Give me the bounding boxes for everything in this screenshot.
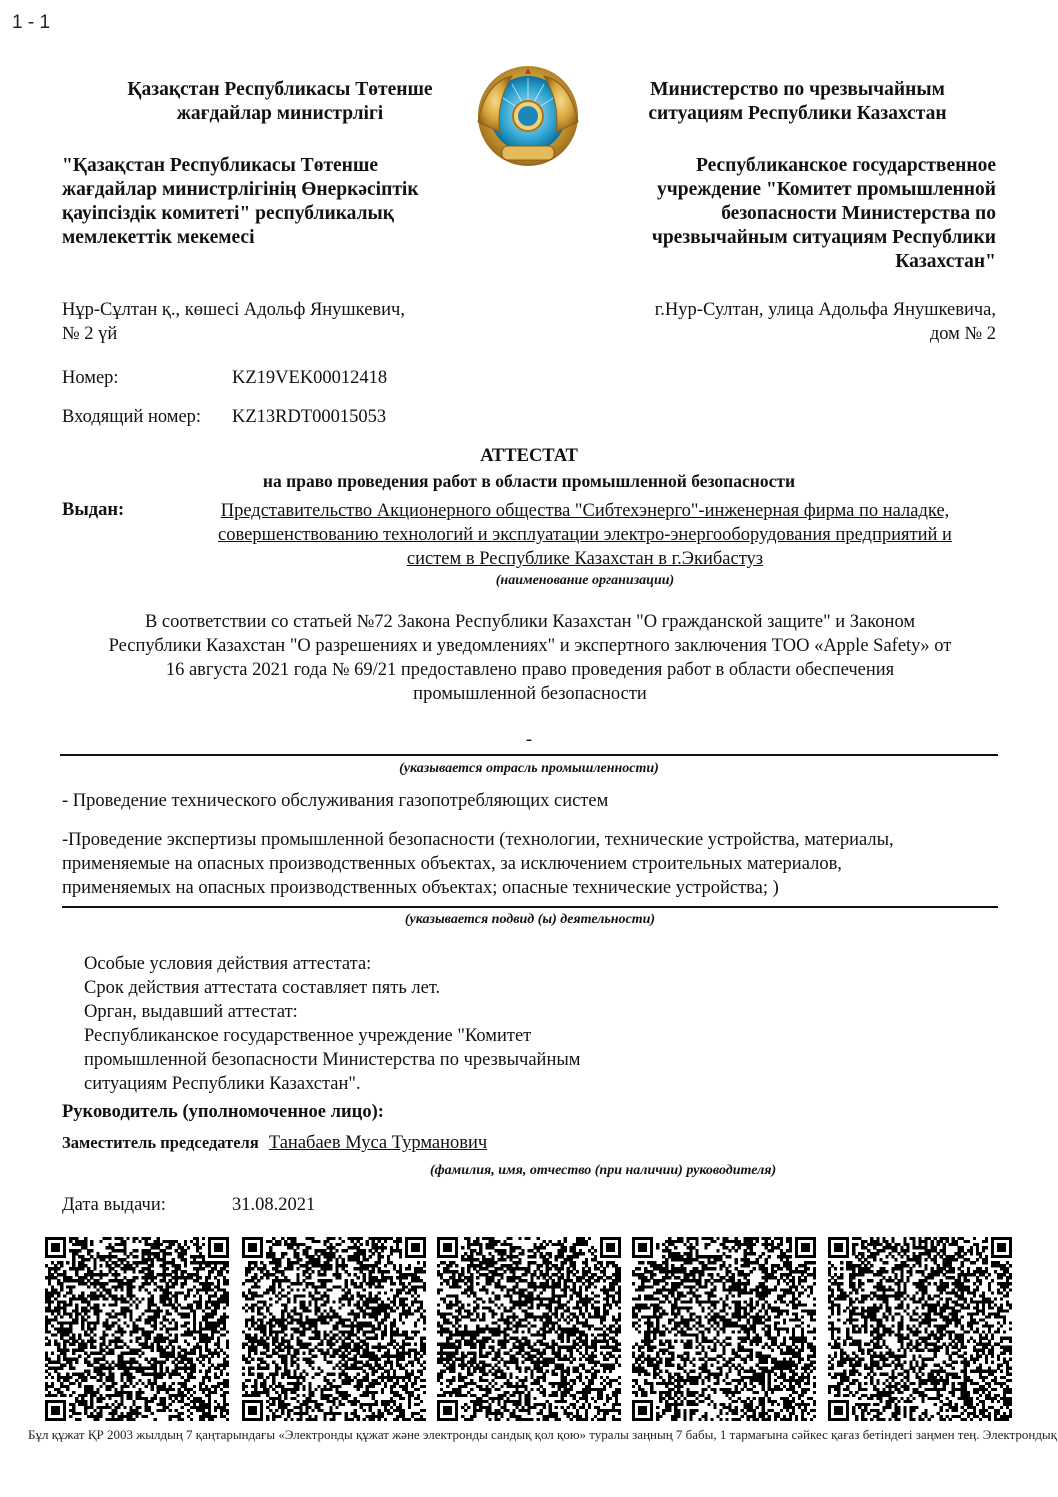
- activity-item: - Проведение технического обслуживания г…: [62, 789, 608, 813]
- legal-basis-line: В соответствии со статьей №72 Закона Рес…: [62, 610, 998, 634]
- activity-line: -Проведение экспертизы промышленной безо…: [62, 828, 1012, 852]
- head-label: Руководитель (уполномоченное лицо):: [62, 1102, 384, 1123]
- number-label: Номер:: [62, 368, 232, 389]
- legal-basis-text: В соответствии со статьей №72 Закона Рес…: [62, 610, 998, 706]
- head-position: Заместитель председателя: [62, 1133, 259, 1152]
- qr-code-2: [242, 1237, 426, 1423]
- legal-basis-line: промышленной безопасности: [62, 682, 998, 706]
- legal-basis-line: 16 августа 2021 года № 69/21 предоставле…: [62, 658, 998, 682]
- kz-committee-line: жағдайлар министрлігінің Өнеркәсіптік: [62, 178, 502, 202]
- industry-value: -: [0, 728, 1058, 752]
- page-indicator: 1 - 1: [12, 12, 50, 34]
- kz-address: Нұр-Сұлтан қ., көшесі Адольф Янушкевич, …: [62, 298, 502, 346]
- issued-organization-line: Представительство Акционерного общества …: [170, 499, 1000, 523]
- qr-code-5: [828, 1237, 1012, 1423]
- issued-organization: Представительство Акционерного общества …: [170, 499, 1000, 571]
- ru-ministry-name: Министерство по чрезвычайным ситуациям Р…: [600, 78, 995, 126]
- issued-organization-line: совершенствованию технологий и эксплуата…: [170, 523, 1000, 547]
- ru-committee-line: безопасности Министерства по: [600, 202, 996, 226]
- activity-line: применяемых на опасных производственных …: [62, 876, 1012, 900]
- condition-line: промышленной безопасности Министерства п…: [84, 1048, 704, 1072]
- head-name: Танабаев Муса Турманович: [269, 1133, 487, 1153]
- ru-ministry-line: ситуациям Республики Казахстан: [600, 102, 995, 126]
- kz-committee-line: "Қазақстан Республикасы Төтенше: [62, 154, 502, 178]
- condition-line: Срок действия аттестата составляет пять …: [84, 976, 704, 1000]
- qr-code-1: [45, 1237, 229, 1423]
- incoming-number-field: Входящий номер:KZ13RDT00015053: [62, 407, 386, 428]
- condition-line: Особые условия действия аттестата:: [84, 952, 704, 976]
- incoming-number-label: Входящий номер:: [62, 407, 232, 428]
- industry-hint: (указывается отрасль промышленности): [60, 761, 998, 777]
- ru-address-line: г.Нур-Султан, улица Адольфа Янушкевича,: [560, 298, 996, 322]
- document-subtitle: на право проведения работ в области пром…: [0, 471, 1058, 492]
- kz-ministry-line: Қазақстан Республикасы Төтенше: [60, 78, 500, 102]
- ru-committee-line: Казахстан": [600, 250, 996, 274]
- ru-ministry-line: Министерство по чрезвычайным: [600, 78, 995, 102]
- condition-line: ситуациям Республики Казахстан".: [84, 1072, 704, 1096]
- kz-address-line: № 2 үй: [62, 322, 502, 346]
- condition-line: Орган, выдавший аттестат:: [84, 1000, 704, 1024]
- condition-line: Республиканское государственное учрежден…: [84, 1024, 704, 1048]
- issued-organization-line: систем в Республике Казахстан в г.Экибас…: [170, 547, 1000, 571]
- activity-item: -Проведение экспертизы промышленной безо…: [62, 828, 1012, 900]
- number-value: KZ19VEK00012418: [232, 368, 387, 388]
- ru-committee-name: Республиканское государственное учрежден…: [600, 154, 996, 274]
- kz-committee-line: мемлекеттік мекемесі: [62, 226, 502, 250]
- ru-committee-line: чрезвычайным ситуациям Республики: [600, 226, 996, 250]
- issue-date-field: Дата выдачи:31.08.2021: [62, 1195, 315, 1216]
- kz-ministry-line: жағдайлар министрлігі: [60, 102, 500, 126]
- kz-committee-line: қауіпсіздік комитеті" республикалық: [62, 202, 502, 226]
- kz-address-line: Нұр-Сұлтан қ., көшесі Адольф Янушкевич,: [62, 298, 502, 322]
- ru-committee-line: Республиканское государственное: [600, 154, 996, 178]
- kz-committee-name: "Қазақстан Республикасы Төтенше жағдайла…: [62, 154, 502, 250]
- kz-ministry-name: Қазақстан Республикасы Төтенше жағдайлар…: [60, 78, 500, 126]
- issued-label: Выдан:: [62, 500, 124, 521]
- qr-code-3: [437, 1237, 621, 1423]
- legal-basis-line: Республики Казахстан "О разрешениях и ув…: [62, 634, 998, 658]
- special-conditions: Особые условия действия аттестата: Срок …: [84, 952, 704, 1096]
- subtype-hint: (указывается подвид (ы) деятельности): [62, 912, 998, 928]
- head-signature-row: Заместитель председателя Танабаев Муса Т…: [62, 1133, 487, 1154]
- state-emblem-icon: [472, 62, 584, 174]
- organization-hint: (наименование организации): [170, 573, 1000, 589]
- ru-address: г.Нур-Султан, улица Адольфа Янушкевича, …: [560, 298, 996, 346]
- ru-address-line: дом № 2: [560, 322, 996, 346]
- issue-date-label: Дата выдачи:: [62, 1195, 232, 1216]
- number-field: Номер:KZ19VEK00012418: [62, 368, 387, 389]
- activity-line: применяемые на опасных производственных …: [62, 852, 1012, 876]
- issue-date-value: 31.08.2021: [232, 1195, 315, 1215]
- legal-footer: Бұл құжат ҚР 2003 жылдың 7 қаңтарындағы …: [28, 1427, 1058, 1443]
- incoming-number-value: KZ13RDT00015053: [232, 407, 386, 427]
- qr-code-4: [632, 1237, 816, 1423]
- head-hint: (фамилия, имя, отчество (при наличии) ру…: [430, 1163, 776, 1179]
- subtype-divider: [62, 906, 998, 908]
- industry-divider: [60, 754, 998, 756]
- document-title: АТТЕСТАТ: [0, 446, 1058, 467]
- ru-committee-line: учреждение "Комитет промышленной: [600, 178, 996, 202]
